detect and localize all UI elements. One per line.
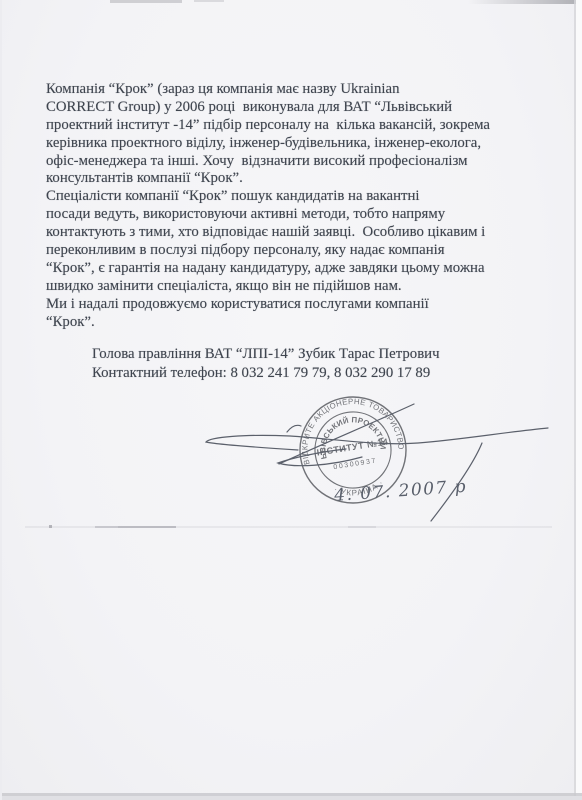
signoff-name-line: Голова правління ВАТ “ЛПІ-14” Зубик Тара…	[92, 345, 440, 364]
scan-artifact-top-smudge	[110, 0, 182, 3]
stamp-outer-ring	[292, 389, 413, 510]
text-line: офіс-менеджера та інші. Хочу відзначити …	[46, 153, 546, 171]
text-line: проектний інститут -14” підбір персоналу…	[46, 117, 546, 135]
stamp-inner-arc-text: ЛЬВІВСЬКИЙ ПРОЕКТНИЙ	[313, 410, 388, 460]
signature-cross-stroke	[279, 404, 414, 464]
signature	[206, 404, 548, 521]
letter-body: Компанія “Крок” (зараз ця компанія має н…	[46, 81, 546, 331]
handwritten-date: 4. 07. 2007 р	[333, 477, 468, 506]
text-line: “Крок”.	[46, 314, 546, 332]
signoff-phone-line: Контактний телефон: 8 032 241 79 79, 8 0…	[92, 364, 440, 383]
signature-date-slash	[431, 443, 482, 521]
scan-artifact-left-edge	[0, 0, 2, 800]
paragraph: Ми і надалі продовжуємо користуватися по…	[46, 296, 546, 332]
stamp-ring-text-top: ВІДКРИТЕ АКЦІОНЕРНЕ ТОВАРИСТВО	[293, 389, 406, 466]
scanned-letter-page: Компанія “Крок” (зараз ця компанія має н…	[0, 0, 582, 800]
stamp-center-code: 00300937	[333, 457, 378, 471]
scan-artifact-top-edge-band	[468, 0, 582, 4]
text-line: переконливим в послузі підбору персоналу…	[46, 242, 546, 260]
stamp-center-title: ІНСТИТУТ №14	[316, 436, 389, 457]
scan-artifact-line	[25, 525, 552, 528]
text-line: контактують з тими, хто відповідає нашій…	[46, 224, 546, 242]
text-line: консультантів компанії “Крок”.	[46, 170, 546, 188]
paragraph: Спеціалісти компанії “Крок” пошук кандид…	[46, 188, 546, 295]
text-line: керівника проектного віділу, інженер-буд…	[46, 135, 546, 153]
text-line: CORRECT Group) у 2006 році виконувала дл…	[46, 99, 546, 117]
signature-tick-stroke	[287, 425, 301, 432]
text-line: посади ведуть, використовуючи активні ме…	[46, 206, 546, 224]
text-line: Спеціалісти компанії “Крок” пошук кандид…	[46, 188, 546, 206]
stamp-ring-text-bottom: · УКРАЇНА ·	[332, 477, 387, 501]
signature-loop-stroke	[278, 449, 362, 466]
signature-main-stroke	[206, 428, 548, 450]
signoff-block: Голова правління ВАТ “ЛПІ-14” Зубик Тара…	[92, 345, 440, 383]
paragraph: Компанія “Крок” (зараз ця компанія має н…	[46, 81, 546, 188]
scan-artifact-bottom-strip	[0, 796, 582, 800]
text-line: Ми і надалі продовжуємо користуватися по…	[46, 296, 546, 314]
text-line: “Крок”, є гарантія на надану кандидатуру…	[46, 260, 546, 278]
scan-artifact-right-strip	[576, 0, 582, 800]
text-line: швидко замінити спеціаліста, якщо він не…	[46, 278, 546, 296]
round-seal-stamp: ВІДКРИТЕ АКЦІОНЕРНЕ ТОВАРИСТВО · УКРАЇНА…	[292, 389, 413, 510]
text-line: Компанія “Крок” (зараз ця компанія має н…	[46, 81, 546, 99]
stamp-inner-ring	[310, 407, 397, 494]
scan-artifact-top-smudge	[194, 0, 224, 2]
